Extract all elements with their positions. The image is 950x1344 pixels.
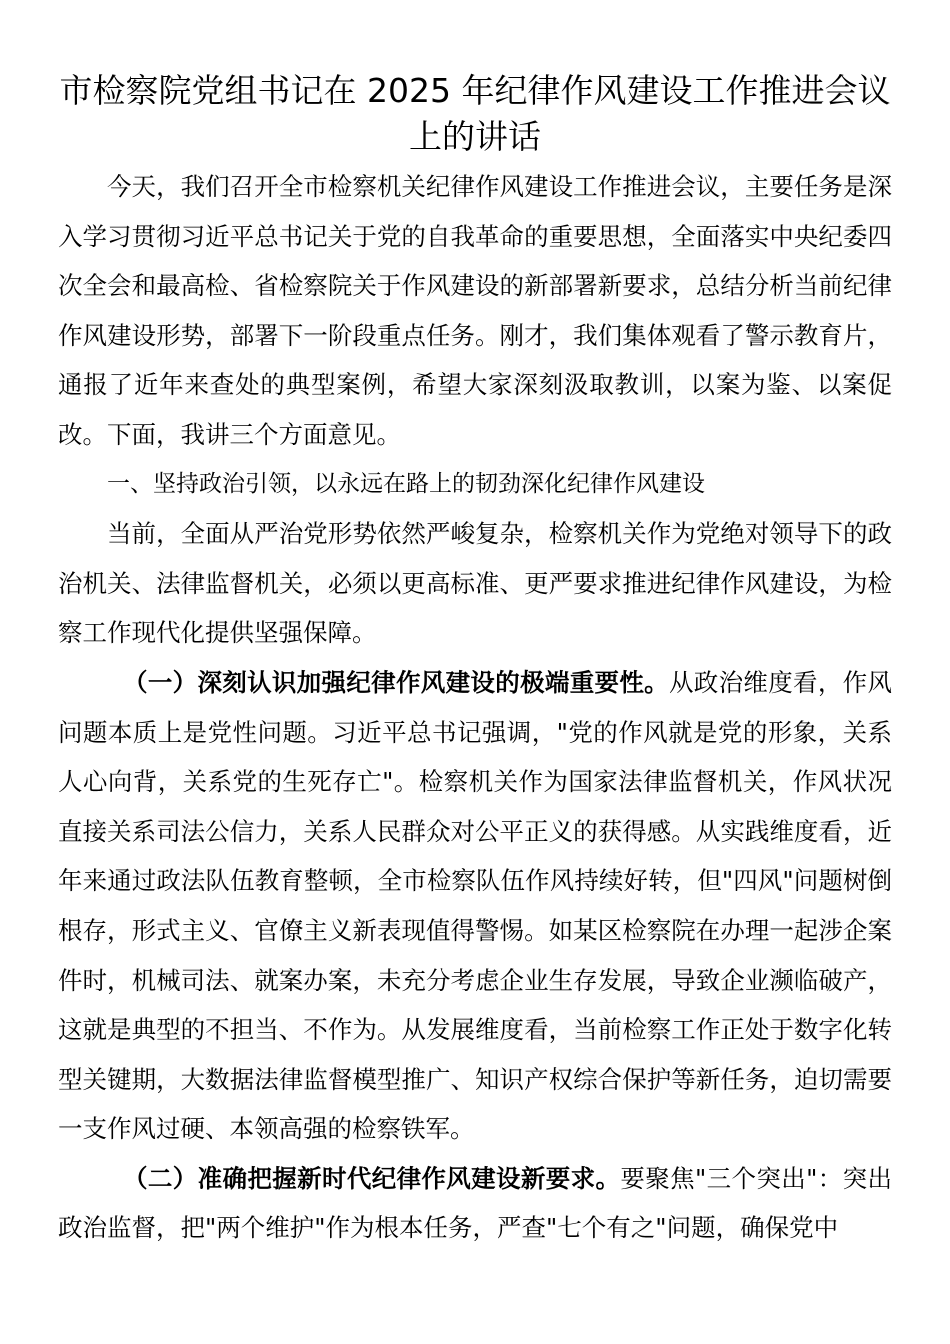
- section-1-heading: 一、坚持政治引领，以永远在路上的韧劲深化纪律作风建设: [58, 460, 892, 510]
- subsection-2-lead: （二）准确把握新时代纪律作风建设新要求。: [123, 1164, 620, 1193]
- intro-paragraph: 今天，我们召开全市检察机关纪律作风建设工作推进会议，主要任务是深入学习贯彻习近平…: [58, 162, 892, 460]
- section-1-paragraph: 当前，全面从严治党形势依然严峻复杂，检察机关作为党绝对领导下的政治机关、法律监督…: [58, 509, 892, 658]
- subsection-1: （一）深刻认识加强纪律作风建设的极端重要性。从政治维度看，作风问题本质上是党性问…: [58, 658, 892, 1154]
- subsection-2: （二）准确把握新时代纪律作风建设新要求。要聚焦"三个突出"：突出政治监督，把"两…: [58, 1154, 892, 1253]
- document-page: 市检察院党组书记在 2025 年纪律作风建设工作推进会议上的讲话 今天，我们召开…: [58, 68, 892, 1253]
- document-title: 市检察院党组书记在 2025 年纪律作风建设工作推进会议上的讲话: [58, 68, 892, 160]
- subsection-1-body: 从政治维度看，作风问题本质上是党性问题。习近平总书记强调，"党的作风就是党的形象…: [58, 668, 892, 1143]
- subsection-1-lead: （一）深刻认识加强纪律作风建设的极端重要性。: [123, 668, 669, 697]
